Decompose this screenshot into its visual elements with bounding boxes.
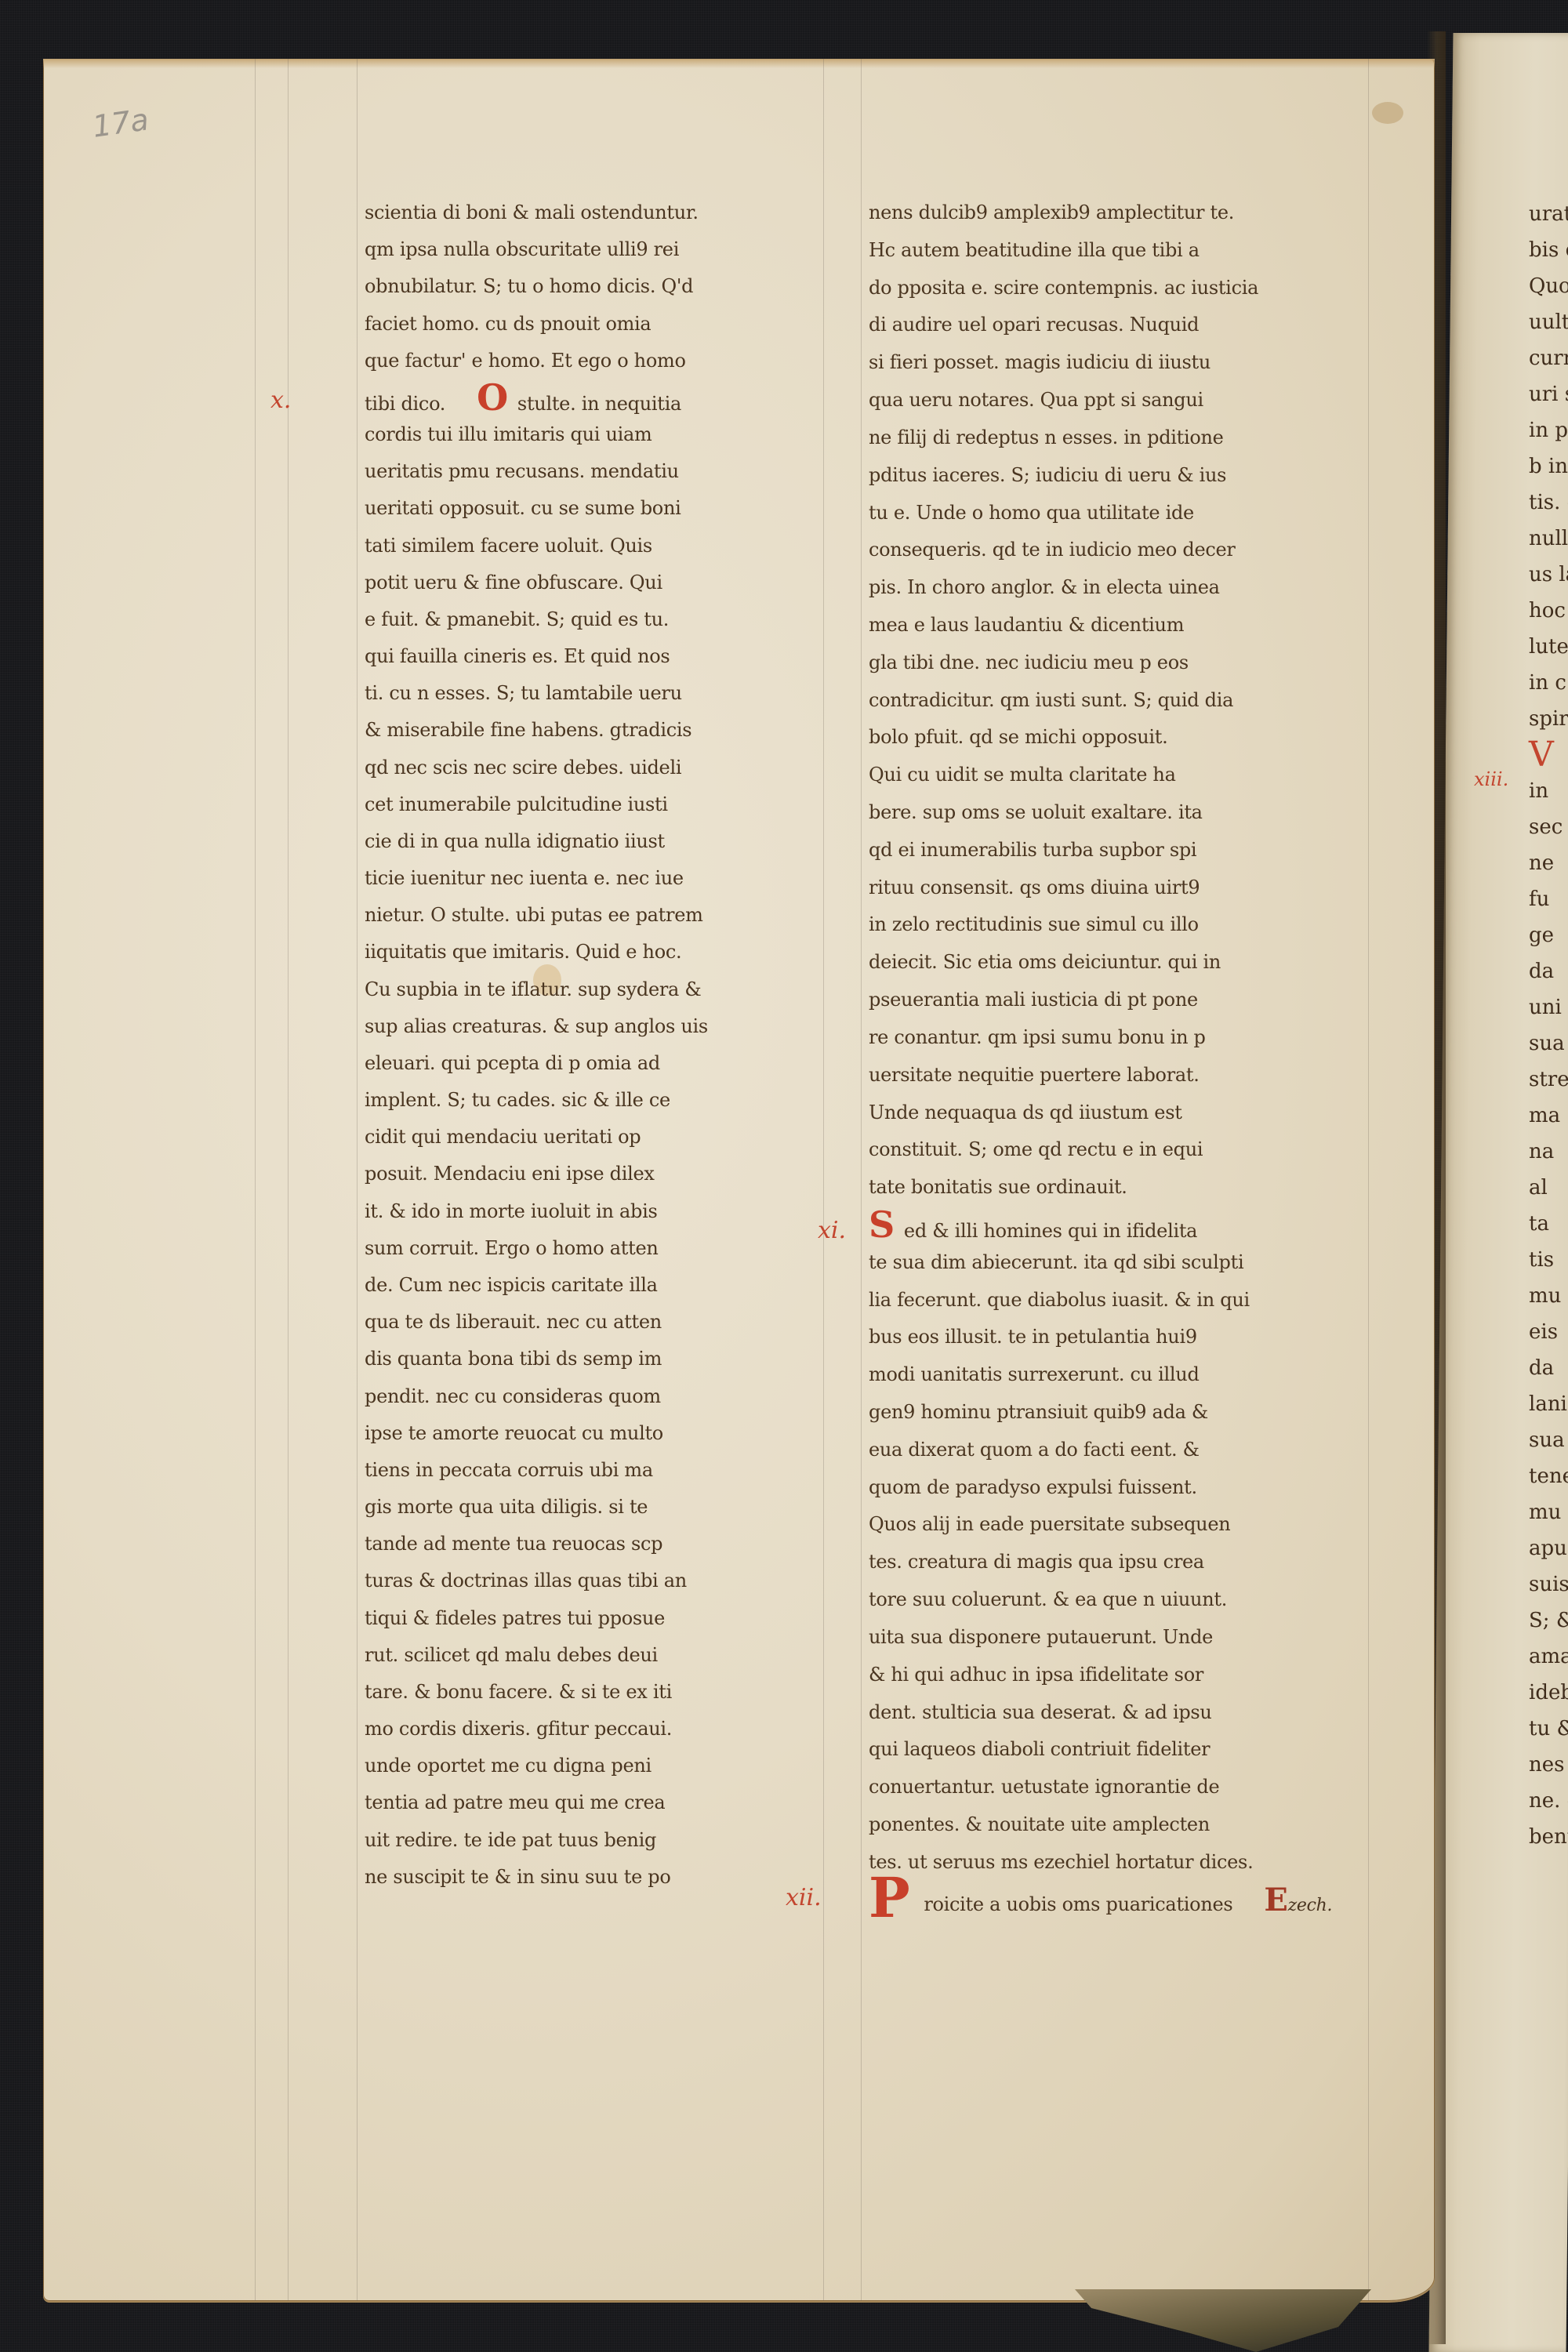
text-line: qua ueru notares. Qua ppt si sangui <box>869 382 1378 419</box>
text-line: do pposita e. scire contempnis. ac iusti… <box>869 270 1378 307</box>
facing-text-fragment: spir <box>1529 701 1568 737</box>
text-line: qua te ds liberauit. nec cu atten <box>365 1304 827 1341</box>
text-line: uersitate nequitie puertere laborat. <box>869 1057 1378 1094</box>
facing-text-fragment: in <box>1529 773 1568 809</box>
text-line: modi uanitatis surrexerunt. cu illud <box>869 1356 1378 1394</box>
text-line: ti. cu n esses. S; tu lamtabile ueru <box>365 675 827 712</box>
text-line: bolo pfuit. qd se michi opposuit. <box>869 719 1378 757</box>
text-line: uita sua disponere putauerunt. Unde <box>869 1619 1378 1657</box>
left-text-column: scientia di boni & mali ostenduntur.qm i… <box>365 194 827 1896</box>
rubricated-initial: S <box>869 1203 895 1246</box>
facing-text-fragment: suis <box>1529 1566 1568 1602</box>
facing-text-fragment: bent. <box>1529 1819 1568 1855</box>
text-line: gen9 hominu ptransiuit quib9 ada & <box>869 1394 1378 1432</box>
text-line: ueritatis pmu recusans. mendatiu <box>365 453 827 490</box>
text-line: uit redire. te ide pat tuus benig <box>365 1822 827 1859</box>
text-line: ticie iuenitur nec iuenta e. nec iue <box>365 860 827 897</box>
line-text: tibi dico. <box>365 393 445 415</box>
text-line-with-initial: Proicite a uobis oms puaricationesEzech. <box>869 1882 1378 1919</box>
text-line: sup alias creaturas. & sup anglos uis <box>365 1008 827 1045</box>
text-line: tiens in peccata corruis ubi ma <box>365 1452 827 1489</box>
text-line: eleuari. qui pcepta di p omia ad <box>365 1045 827 1082</box>
facing-text-fragment: Quo <box>1529 268 1568 304</box>
text-line: nietur. O stulte. ubi putas ee patrem <box>365 897 827 934</box>
text-line: tibi dico.Ostulte. in nequitia <box>365 379 827 416</box>
text-line: de. Cum nec ispicis caritate illa <box>365 1267 827 1304</box>
text-line: turas & doctrinas illas quas tibi an <box>365 1563 827 1599</box>
rubric-numeral-x: x. <box>270 387 291 414</box>
facing-text-fragment: na <box>1529 1134 1568 1170</box>
text-line: qm ipsa nulla obscuritate ulli9 rei <box>365 231 827 268</box>
facing-text-fragment: al <box>1529 1170 1568 1206</box>
text-line: iiquitatis que imitaris. Quid e hoc. <box>365 934 827 971</box>
facing-page-text: urat. ubis coQuouultecurriuri scin pnb i… <box>1529 196 1568 1855</box>
text-line: que factur' e homo. Et ego o homo <box>365 343 827 379</box>
text-line: ipse te amorte reuocat cu multo <box>365 1415 827 1452</box>
facing-text-fragment: idebu <box>1529 1675 1568 1711</box>
rubricated-initial: O <box>477 376 508 419</box>
facing-text-fragment: nes eff <box>1529 1747 1568 1783</box>
text-line: qd ei inumerabilis turba supbor spi <box>869 832 1378 869</box>
text-line: in zelo rectitudinis sue simul cu illo <box>869 906 1378 944</box>
text-line: sum corruit. Ergo o homo atten <box>365 1230 827 1267</box>
facing-text-fragment: lani <box>1529 1386 1568 1422</box>
facing-text-fragment: tis. cu <box>1529 485 1568 521</box>
text-line: pseuerantia mali iusticia di pt pone <box>869 982 1378 1019</box>
facing-text-fragment: S; & <box>1529 1602 1568 1639</box>
facing-text-fragment: ne <box>1529 845 1568 881</box>
text-line: potit ueru & fine obfuscare. Qui <box>365 564 827 601</box>
text-line: ponentes. & nouitate uite amplecten <box>869 1806 1378 1844</box>
text-line: cordis tui illu imitaris qui uiam <box>365 416 827 453</box>
facing-text-fragment: V <box>1529 737 1568 773</box>
text-line: tu e. Unde o homo qua utilitate ide <box>869 495 1378 532</box>
facing-text-fragment: bis co <box>1529 232 1568 268</box>
text-line: qui laqueos diaboli contriuit fideliter <box>869 1731 1378 1769</box>
text-line: ueritati opposuit. cu se sume boni <box>365 490 827 527</box>
text-line: tiqui & fideles patres tui pposue <box>365 1600 827 1637</box>
facing-text-fragment: amar <box>1529 1639 1568 1675</box>
facing-text-fragment: apu <box>1529 1530 1568 1566</box>
text-line: pditus iaceres. S; iudiciu di ueru & ius <box>869 457 1378 495</box>
facing-text-fragment: curri <box>1529 340 1568 376</box>
text-line: tes. creatura di magis qua ipsu crea <box>869 1544 1378 1581</box>
facing-text-fragment: tis <box>1529 1242 1568 1278</box>
text-line: tati similem facere uoluit. Quis <box>365 528 827 564</box>
facing-text-fragment: b in <box>1529 448 1568 485</box>
facing-text-fragment: eis <box>1529 1314 1568 1350</box>
line-text: stulte. in nequitia <box>517 393 681 415</box>
facing-text-fragment: in c <box>1529 665 1568 701</box>
text-line: bus eos illusit. te in petulantia hui9 <box>869 1319 1378 1356</box>
text-line: gla tibi dne. nec iudiciu meu p eos <box>869 644 1378 682</box>
ruling-line <box>255 59 256 2301</box>
text-line: implent. S; tu cades. sic & ille ce <box>365 1082 827 1119</box>
text-line: Hc autem beatitudine illa que tibi a <box>869 232 1378 270</box>
text-line: eua dixerat quom a do facti eent. & <box>869 1432 1378 1469</box>
marginal-source-reference: Ezech. <box>1264 1893 1332 1915</box>
facing-text-fragment: in pn <box>1529 412 1568 448</box>
facing-text-fragment: da <box>1529 953 1568 989</box>
text-line: dent. stulticia sua deserat. & ad ipsu <box>869 1694 1378 1732</box>
facing-text-fragment: ge <box>1529 917 1568 953</box>
text-line: gis morte qua uita diligis. si te <box>365 1489 827 1526</box>
text-line: tande ad mente tua reuocas scp <box>365 1526 827 1563</box>
text-line: tate bonitatis sue ordinauit. <box>869 1169 1378 1207</box>
text-line: si fieri posset. magis iudiciu di iiustu <box>869 344 1378 382</box>
text-line: ne filij di redeptus n esses. in pdition… <box>869 419 1378 457</box>
text-line: mea e laus laudantiu & dicentium <box>869 607 1378 644</box>
text-line: mo cordis dixeris. gfitur peccaui. <box>365 1711 827 1748</box>
rubric-numeral-xii: xii. <box>786 1884 822 1911</box>
text-line: conuertantur. uetustate ignorantie de <box>869 1769 1378 1806</box>
text-line: cie di in qua nulla idignatio iiust <box>365 823 827 860</box>
text-line: scientia di boni & mali ostenduntur. <box>365 194 827 231</box>
facing-text-fragment: lute <box>1529 629 1568 665</box>
rubric-numeral-xi: xi. <box>818 1217 846 1244</box>
text-line: faciet homo. cu ds pnouit omia <box>365 306 827 343</box>
ruling-line <box>357 59 358 2301</box>
line-text: zech. <box>1288 1896 1333 1915</box>
text-line: Qui cu uidit se multa claritate ha <box>869 757 1378 794</box>
text-line: ne suscipit te & in sinu suu te po <box>365 1859 827 1896</box>
line-text: roicite a uobis oms puaricationes <box>924 1893 1232 1915</box>
facing-text-fragment: tu & <box>1529 1711 1568 1747</box>
text-line: tore suu coluerunt. & ea que n uiuunt. <box>869 1581 1378 1619</box>
text-line: dis quanta bona tibi ds semp im <box>365 1341 827 1377</box>
text-line: lia fecerunt. que diabolus iuasit. & in … <box>869 1282 1378 1319</box>
rubric-numeral-xiii: xiii. <box>1474 768 1508 790</box>
facing-text-fragment: mu <box>1529 1494 1568 1530</box>
text-line: e fuit. & pmanebit. S; quid es tu. <box>365 601 827 638</box>
text-line: contradicitur. qm iusti sunt. S; quid di… <box>869 682 1378 720</box>
facing-text-fragment: us la <box>1529 557 1568 593</box>
facing-text-fragment: uulte <box>1529 304 1568 340</box>
rubricated-initial: P <box>869 1882 909 1914</box>
facing-text-fragment: sua <box>1529 1422 1568 1458</box>
text-line: cidit qui mendaciu ueritati op <box>365 1119 827 1156</box>
text-line: & hi qui adhuc in ipsa ifidelitate sor <box>869 1657 1378 1694</box>
rubricated-initial: E <box>1264 1882 1287 1918</box>
facing-text-fragment: mu <box>1529 1278 1568 1314</box>
text-line: obnubilatur. S; tu o homo dicis. Q'd <box>365 268 827 305</box>
text-line: tes. ut seruus ms ezechiel hortatur dice… <box>869 1844 1378 1882</box>
text-line: constituit. S; ome qd rectu e in equi <box>869 1131 1378 1169</box>
text-line: pis. In choro anglor. & in electa uinea <box>869 569 1378 607</box>
facing-text-fragment: urat. u <box>1529 196 1568 232</box>
ruling-line <box>861 59 862 2301</box>
text-line: & miserabile fine habens. gtradicis <box>365 712 827 749</box>
text-line: di audire uel opari recusas. Nuquid <box>869 307 1378 344</box>
facing-text-fragment: fu <box>1529 881 1568 917</box>
text-line: Quos alij in eade puersitate subsequen <box>869 1506 1378 1544</box>
facing-text-fragment: uri sc <box>1529 376 1568 412</box>
text-line: rituu consensit. qs oms diuina uirt9 <box>869 869 1378 907</box>
text-line: pendit. nec cu consideras quom <box>365 1378 827 1415</box>
facing-text-fragment: ma <box>1529 1098 1568 1134</box>
text-line: it. & ido in morte iuoluit in abis <box>365 1193 827 1230</box>
stain <box>1372 102 1403 124</box>
facing-text-fragment: ne. dif <box>1529 1783 1568 1819</box>
text-line: te sua dim abiecerunt. ita qd sibi sculp… <box>869 1244 1378 1282</box>
facing-text-fragment: sua <box>1529 1025 1568 1062</box>
facing-text-fragment: ta <box>1529 1206 1568 1242</box>
text-line: cet inumerabile pulcitudine iusti <box>365 786 827 823</box>
right-text-column: nens dulcib9 amplexib9 amplectitur te.Hc… <box>869 194 1378 1918</box>
text-line: posuit. Mendaciu eni ipse dilex <box>365 1156 827 1192</box>
facing-text-fragment: da <box>1529 1350 1568 1386</box>
facing-text-fragment: hoc <box>1529 593 1568 629</box>
facing-text-fragment: sec <box>1529 809 1568 845</box>
line-text: ed & illi homines qui in ifidelita <box>904 1220 1197 1242</box>
text-line-with-initial: Sed & illi homines qui in ifidelita <box>869 1207 1378 1244</box>
text-line: rut. scilicet qd malu debes deui <box>365 1637 827 1674</box>
text-line: Unde nequaqua ds qd iiustum est <box>869 1094 1378 1132</box>
page-curl <box>1058 2289 1388 2352</box>
text-line: unde oportet me cu digna peni <box>365 1748 827 1784</box>
facing-text-fragment: uni <box>1529 989 1568 1025</box>
text-line: tare. & bonu facere. & si te ex iti <box>365 1674 827 1711</box>
text-line: consequeris. qd te in iudicio meo decer <box>869 532 1378 569</box>
text-line: deiecit. Sic etia oms deiciuntur. qui in <box>869 944 1378 982</box>
text-line: tentia ad patre meu qui me crea <box>365 1784 827 1821</box>
facing-text-fragment: tene <box>1529 1458 1568 1494</box>
facing-text-fragment: stre <box>1529 1062 1568 1098</box>
text-line: Cu supbia in te iflatur. sup sydera & <box>365 971 827 1008</box>
text-line: re conantur. qm ipsi sumu bonu in p <box>869 1019 1378 1057</box>
text-line: qui fauilla cineris es. Et quid nos <box>365 638 827 675</box>
text-line: qd nec scis nec scire debes. uideli <box>365 750 827 786</box>
text-line: nens dulcib9 amplexib9 amplectitur te. <box>869 194 1378 232</box>
facing-text-fragment: nullu <box>1529 521 1568 557</box>
text-line: bere. sup oms se uoluit exaltare. ita <box>869 794 1378 832</box>
text-line: quom de paradyso expulsi fuissent. <box>869 1469 1378 1507</box>
